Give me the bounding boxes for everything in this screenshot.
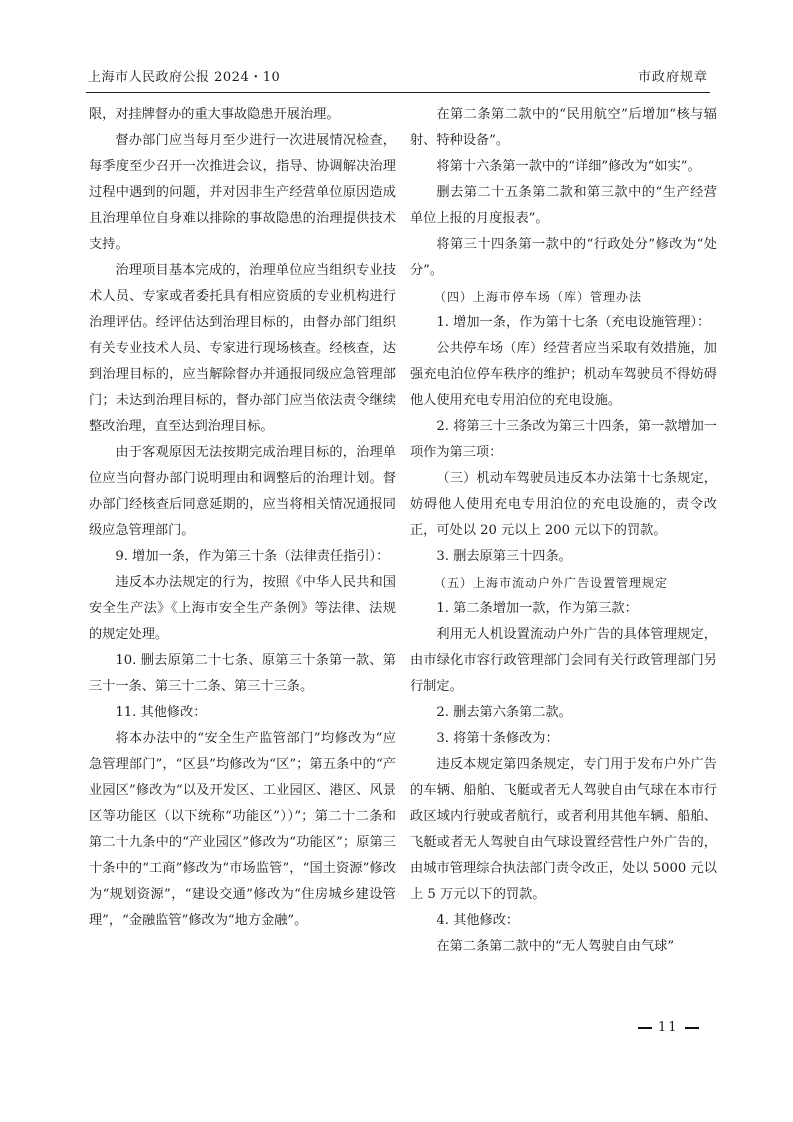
section-title: 市政府规章 bbox=[638, 66, 708, 85]
paragraph: 删去第二十五条第二款和第三款中的“生产经营单位上报的月度报表”。 bbox=[410, 180, 717, 232]
section-subheading: （四）上海市停车场（库）管理办法 bbox=[410, 284, 717, 310]
page-number-text: 11 bbox=[658, 1020, 679, 1035]
paragraph: 2. 将第三十三条改为第三十四条，第一款增加一项作为第三项： bbox=[410, 414, 717, 466]
paragraph: 在第二条第二款中的“无人驾驶自由气球” bbox=[410, 934, 717, 960]
paragraph: 11. 其他修改： bbox=[89, 700, 396, 726]
paragraph: 1. 第二条增加一款，作为第三款： bbox=[410, 596, 717, 622]
paragraph: 将第三十四条第一款中的“行政处分”修改为“处分”。 bbox=[410, 232, 717, 284]
paragraph: 限，对挂牌督办的重大事故隐患开展治理。 bbox=[89, 102, 396, 128]
paragraph: 治理项目基本完成的，治理单位应当组织专业技术人员、专家或者委托具有相应资质的专业… bbox=[89, 258, 396, 440]
paragraph: 将本办法中的“安全生产监管部门”均修改为“应急管理部门”，“区县”均修改为“区”… bbox=[89, 726, 396, 934]
paragraph: 利用无人机设置流动户外广告的具体管理规定，由市绿化市容行政管理部门会同有关行政管… bbox=[410, 622, 717, 700]
right-column: 在第二条第二款中的“民用航空”后增加“核与辐射、特种设备”。将第十六条第一款中的… bbox=[410, 102, 717, 960]
paragraph: 1. 增加一条，作为第十七条（充电设施管理）： bbox=[410, 310, 717, 336]
paragraph: 由于客观原因无法按期完成治理目标的，治理单位应当向督办部门说明理由和调整后的治理… bbox=[89, 440, 396, 544]
paragraph: 违反本办法规定的行为，按照《中华人民共和国安全生产法》《上海市安全生产条例》等法… bbox=[89, 570, 396, 648]
dash-left bbox=[638, 1027, 652, 1029]
paragraph: 督办部门应当每月至少进行一次进展情况检查，每季度至少召开一次推进会议，指导、协调… bbox=[89, 128, 396, 258]
left-column: 限，对挂牌督办的重大事故隐患开展治理。督办部门应当每月至少进行一次进展情况检查，… bbox=[89, 102, 396, 934]
header-rule bbox=[86, 92, 710, 93]
paragraph: 在第二条第二款中的“民用航空”后增加“核与辐射、特种设备”。 bbox=[410, 102, 717, 154]
paragraph: 4. 其他修改： bbox=[410, 908, 717, 934]
paragraph: 9. 增加一条，作为第三十条（法律责任指引）： bbox=[89, 544, 396, 570]
paragraph: 将第十六条第一款中的“详细”修改为“如实”。 bbox=[410, 154, 717, 180]
paragraph: 2. 删去第六条第二款。 bbox=[410, 700, 717, 726]
paragraph: 3. 将第十条修改为： bbox=[410, 726, 717, 752]
section-subheading: （五）上海市流动户外广告设置管理规定 bbox=[410, 570, 717, 596]
running-header: 上海市人民政府公报 2024・10 市政府规章 bbox=[88, 66, 708, 88]
journal-title: 上海市人民政府公报 2024・10 bbox=[88, 66, 280, 85]
paragraph: 违反本规定第四条规定，专门用于发布户外广告的车辆、船舶、飞艇或者无人驾驶自由气球… bbox=[410, 752, 717, 908]
dash-right bbox=[685, 1027, 699, 1029]
paragraph: （三）机动车驾驶员违反本办法第十七条规定，妨碍他人使用充电专用泊位的充电设施的，… bbox=[410, 466, 717, 544]
paragraph: 公共停车场（库）经营者应当采取有效措施，加强充电泊位停车秩序的维护；机动车驾驶员… bbox=[410, 336, 717, 414]
paragraph: 10. 删去原第二十七条、原第三十条第一款、第三十一条、第三十二条、第三十三条。 bbox=[89, 648, 396, 700]
paragraph: 3. 删去原第三十四条。 bbox=[410, 544, 717, 570]
page-number: 11 bbox=[632, 1020, 705, 1035]
